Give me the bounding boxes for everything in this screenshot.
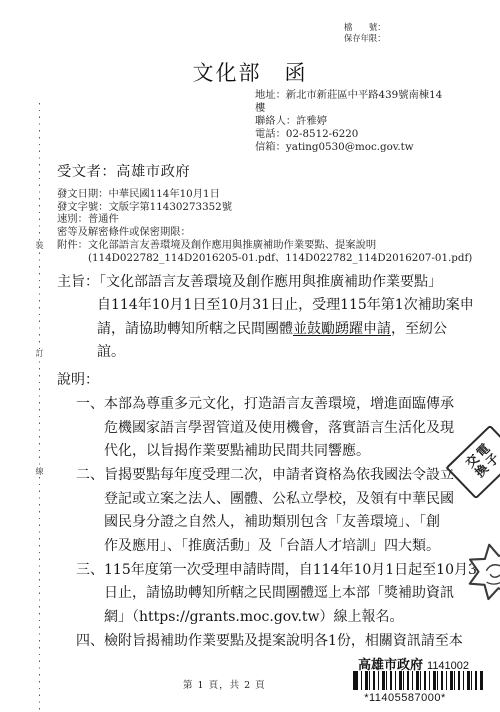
priority-line: 速別：普通件 [57, 213, 472, 226]
received-stamp-org: 高雄市政府 [358, 657, 423, 672]
explanation-item2-line1: 二、旨揭要點每年度受理二次，申請者資格為依我國法令設立 [76, 464, 467, 488]
explanation-item1-line3: 代化，以旨揭作業要點補助民間共同響應。 [104, 440, 467, 464]
explanation-item1-line1: 一、本部為尊重多元文化，打造語言友善環境，增進面臨傳承 [76, 393, 467, 417]
subject-line2: 自114年10月1日至10月31日止，受理115年第1次補助案申 [97, 294, 467, 317]
official-letter-page: 裝 訂 線 檔 號： 保存年限： 文化部 函 地址：新北市新莊區中平路439號南… [0, 0, 500, 712]
document-title: 文化部 函 [0, 57, 500, 87]
retention-period-label: 保存年限： [344, 33, 386, 44]
barcode-text: *11405587000* [353, 692, 457, 704]
document-meta-block: 發文日期：中華民國114年10月1日 發文字號：文版字第11430273352號… [57, 188, 472, 264]
binding-mark-ding: 訂 [34, 349, 45, 358]
issue-date-line: 發文日期：中華民國114年10月1日 [57, 188, 472, 201]
sender-email: 信箱：yating0530@moc.gov.tw [255, 141, 442, 154]
sender-address-line1: 地址：新北市新莊區中平路439號南棟14 [255, 89, 442, 102]
binding-dotted-line [39, 103, 40, 710]
subject-line1: 主旨：「文化部語言友善環境及創作應用與推廣補助作業要點」 [57, 271, 467, 294]
security-line: 密等及解密條件或保密期限： [57, 226, 472, 239]
letter-body: 主旨：「文化部語言友善環境及創作應用與推廣補助作業要點」 自114年10月1日至… [57, 271, 467, 653]
sender-phone: 電話：02-8512-6220 [255, 128, 442, 141]
doc-number-line: 發文字號：文版字第11430273352號 [57, 201, 472, 214]
explanation-item2-line4: 作及應用」、「推廣活動」及「台語人才培訓」四大類。 [104, 535, 467, 559]
file-number-block: 檔 號： 保存年限： [344, 22, 386, 43]
explanation-item3-line2: 日止，請協助轉知所轄之民間團體逕上本部「獎補助資訊 [104, 582, 467, 606]
explanation-item2-line2: 登記或立案之法人、團體、公私立學校，及領有中華民國 [104, 488, 467, 512]
subject-line3-pre: 請，請協助轉知所轄之民間團體 [97, 321, 293, 337]
page-number: 第 1 頁，共 2 頁 [183, 677, 266, 691]
explanation-item2-line3: 國民身分證之自然人，補助類別包含「友善環境」、「創 [104, 511, 467, 535]
file-number-label: 檔 號： [344, 22, 386, 33]
sender-contact-block: 地址：新北市新莊區中平路439號南棟14 樓 聯絡人：許雅婷 電話：02-851… [255, 89, 442, 154]
barcode [353, 671, 483, 690]
explanation-item1-line2: 危機國家語言學習管道及使用機會，落實語言生活化及現 [104, 417, 467, 441]
explanation-item3-line1: 三、115年度第一次受理申請時間，自114年10月1日起至10月31 [76, 559, 467, 583]
subject-line3: 請，請協助轉知所轄之民間團體並鼓勵踴躍申請，至紉公 [97, 318, 467, 341]
attachment-line2: (114D022782_114D2016205-01.pdf、114D02278… [88, 252, 472, 265]
explanation-item4-line1: 四、檢附旨揭補助作業要點及提案說明各1份，相關資訊請至本 [76, 630, 467, 654]
electronic-exchange-stamp-text: 電子交換 [462, 441, 500, 483]
sender-address-line2: 樓 [255, 102, 442, 115]
explanation-label: 說明： [57, 369, 467, 393]
subject-line4: 誼。 [97, 341, 467, 364]
attachment-line1: 附件：文化部語言友善環境及創作應用與推廣補助作業要點、提案說明 [57, 239, 472, 252]
recipient-line: 受文者：高雄市政府 [57, 161, 190, 181]
binding-mark-xian: 線 [34, 467, 45, 476]
explanation-item3-line3: 網」（https://grants.moc.gov.tw）線上報名。 [104, 606, 467, 630]
sender-contact-person: 聯絡人：許雅婷 [255, 115, 442, 128]
subject-line3-post: ，至紉公 [391, 321, 447, 337]
subject-line3-underlined: 並鼓勵踴躍申請 [293, 321, 391, 337]
binding-mark-zhuang: 裝 [34, 241, 45, 250]
